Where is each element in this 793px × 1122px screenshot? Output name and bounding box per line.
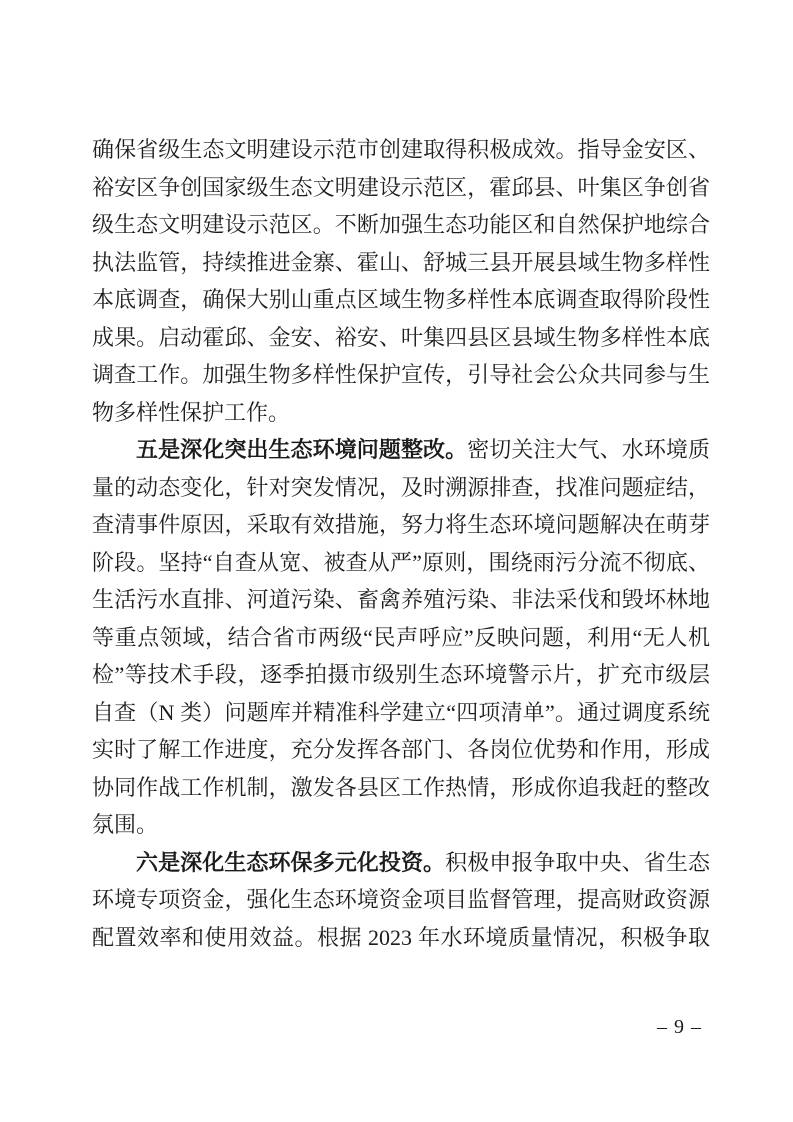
text-line: 协同作战工作机制，激发各县区工作热情，形成你追我赶的整改 <box>92 769 710 807</box>
paragraph-lead-text: 密切关注大气、水环境质 <box>467 437 710 462</box>
text-line: 环境专项资金，强化生态环境资金项目监督管理，提高财政资源 <box>92 881 710 919</box>
text-line: 本底调查，确保大别山重点区域生物多样性本底调查取得阶段性 <box>92 281 710 319</box>
text-line: 氛围。 <box>92 806 710 844</box>
text-line: 六是深化生态环保多元化投资。积极申报争取中央、省生态 <box>92 844 710 882</box>
text-line: 生活污水直排、河道污染、畜禽养殖污染、非法采伐和毁坏林地 <box>92 581 710 619</box>
text-line: 物多样性保护工作。 <box>92 394 710 432</box>
text-line: 量的动态变化，针对突发情况，及时溯源排查，找准问题症结， <box>92 469 710 507</box>
paragraph-heading: 五是深化突出生态环境问题整改。 <box>136 437 467 462</box>
text-line: 检”等技术手段，逐季拍摄市级别生态环境警示片，扩充市级层面 <box>92 656 710 694</box>
text-line: 调查工作。加强生物多样性保护宣传，引导社会公众共同参与生 <box>92 356 710 394</box>
text-line: 确保省级生态文明建设示范市创建取得积极成效。指导金安区、 <box>92 131 710 169</box>
text-line: 配置效率和使用效益。根据 2023 年水环境质量情况，积极争取中 <box>92 919 710 957</box>
text-line: 成果。启动霍邱、金安、裕安、叶集四县区县域生物多样性本底 <box>92 319 710 357</box>
text-line: 阶段。坚持“自查从宽、被查从严”原则，围绕雨污分流不彻底、 <box>92 544 710 582</box>
text-line: 等重点领域，结合省市两级“民声呼应”反映问题，利用“无人机巡 <box>92 619 710 657</box>
page-number: – 9 – <box>657 1013 702 1041</box>
document-body: 确保省级生态文明建设示范市创建取得积极成效。指导金安区、 裕安区争创国家级生态文… <box>92 131 710 956</box>
text-line: 查清事件原因，采取有效措施，努力将生态环境问题解决在萌芽 <box>92 506 710 544</box>
document-page: 确保省级生态文明建设示范市创建取得积极成效。指导金安区、 裕安区争创国家级生态文… <box>0 0 793 1122</box>
text-line: 五是深化突出生态环境问题整改。密切关注大气、水环境质 <box>92 431 710 469</box>
text-line: 实时了解工作进度，充分发挥各部门、各岗位优势和作用，形成 <box>92 731 710 769</box>
text-line: 自查（N 类）问题库并精准科学建立“四项清单”。通过调度系统 <box>92 694 710 732</box>
text-line: 裕安区争创国家级生态文明建设示范区，霍邱县、叶集区争创省 <box>92 169 710 207</box>
paragraph-heading: 六是深化生态环保多元化投资。 <box>136 850 445 875</box>
text-line: 执法监管，持续推进金寨、霍山、舒城三县开展县域生物多样性 <box>92 244 710 282</box>
paragraph-lead-text: 积极申报争取中央、省生态 <box>445 850 710 875</box>
text-line: 级生态文明建设示范区。不断加强生态功能区和自然保护地综合 <box>92 206 710 244</box>
